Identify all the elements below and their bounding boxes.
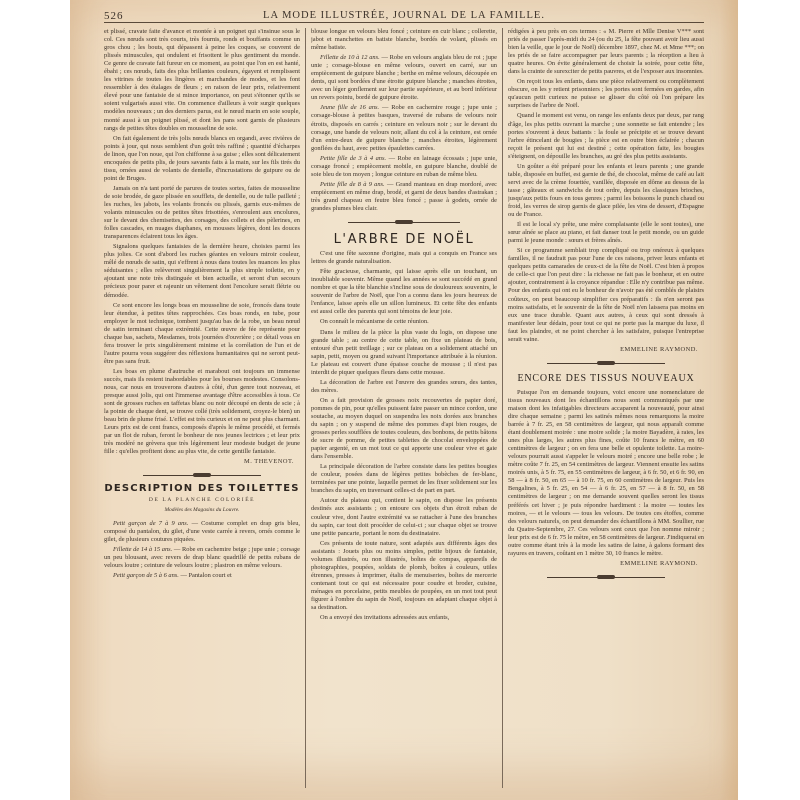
section-title-tissus: ENCORE DES TISSUS NOUVEAUX	[508, 375, 704, 383]
toilette-item: Fillette de 10 à 12 ans. — Robe en velou…	[311, 54, 497, 102]
signature-raymond-2: EMMELINE RAYMOND.	[508, 560, 698, 568]
paragraph: On reçoit tous les enfants, dans une piè…	[508, 78, 704, 110]
article-fashion-text: et plissé, cravate faite d'avance et mon…	[104, 28, 300, 456]
item-lead: Fillette de 14 à 15 ans.	[113, 546, 172, 553]
paragraph: et plissé, cravate faite d'avance et mon…	[104, 28, 300, 133]
column-divider	[305, 28, 306, 788]
item-lead: Fillette de 10 à 12 ans.	[320, 54, 380, 61]
signature-thevenot: M. THEVENOT.	[104, 458, 294, 466]
toilette-item: Petit garçon de 5 à 6 ans. — Pantalon co…	[104, 572, 300, 580]
paragraph: La décoration de l'arbre est l'œuvre des…	[311, 379, 497, 395]
section-subtitle: DE LA PLANCHE COLORIÉE	[104, 496, 300, 504]
paragraph: Ce sont encore les longs boas en moussel…	[104, 302, 300, 366]
paragraph: Si ce programme semblait trop compliqué …	[508, 247, 704, 344]
paragraph: blouse longue en velours bleu foncé ; ce…	[311, 28, 497, 52]
paragraph: Quand le moment est venu, on range les e…	[508, 112, 704, 160]
section-title-toilettes: DESCRIPTION DES TOILETTES	[104, 485, 300, 493]
ornament-divider	[547, 573, 665, 581]
paragraph: On connaît le mécanisme de cette réunion…	[311, 318, 497, 326]
paragraph: On a fait provision de grosses noix reco…	[311, 397, 497, 461]
paragraph: On fait également de très jolis nœuds bl…	[104, 135, 300, 183]
header-rule	[104, 22, 704, 23]
running-title: LA MODE ILLUSTRÉE, JOURNAL DE LA FAMILLE…	[104, 10, 704, 21]
paragraph: Les boas en plume d'autruche et marabout…	[104, 368, 300, 457]
item-lead: Petite fille de 3 à 4 ans.	[320, 155, 386, 162]
toilette-item: Petite fille de 3 à 4 ans. — Robe en lai…	[311, 155, 497, 179]
item-lead: Petite fille de 8 à 9 ans.	[320, 181, 385, 188]
paragraph: Autour du plateau qui, contient le sapin…	[311, 497, 497, 537]
signature-raymond: EMMELINE RAYMOND.	[508, 346, 698, 354]
paragraph: Un goûter a été préparé pour les enfants…	[508, 163, 704, 219]
column-left: et plissé, cravate faite d'avance et mon…	[104, 28, 300, 788]
paragraph: Il est le local s'y prête, une mère comp…	[508, 221, 704, 245]
toilette-item: Petite fille de 8 à 9 ans. — Grand mante…	[311, 181, 497, 213]
ornament-divider	[547, 359, 665, 367]
toilette-item: Jeune fille de 16 ans. — Robe en cachemi…	[311, 104, 497, 152]
paragraph: Fête gracieuse, charmante, qui laisse ap…	[311, 268, 497, 316]
paragraph: Ces présents de toute nature, sont adapt…	[311, 540, 497, 612]
article-arbre-continued: rédigées à peu près en ces termes : « M.…	[508, 28, 704, 344]
item-lead: Petit garçon de 5 à 6 ans.	[113, 572, 179, 579]
column-divider	[502, 28, 503, 788]
section-title-arbre: L'ARBRE DE NOËL	[311, 236, 497, 244]
paragraph: La principale décoration de l'arbre cons…	[311, 463, 497, 495]
article-tissus-text: Puisque l'on en demande toujours, voici …	[508, 389, 704, 558]
paragraph: Signalons quelques fantaisies de la dern…	[104, 243, 300, 299]
ornament-divider	[348, 218, 460, 226]
paragraph: Dans le milieu de la pièce la plus vaste…	[311, 329, 497, 377]
toilette-item: Petit garçon de 7 à 9 ans. — Costume com…	[104, 520, 300, 544]
paragraph: rédigées à peu près en ces termes : « M.…	[508, 28, 704, 76]
paragraph: Jamais on n'a tant porté de parures de t…	[104, 185, 300, 241]
item-lead: Petit garçon de 7 à 9 ans.	[113, 520, 188, 527]
column-middle: blouse longue en velours bleu foncé ; ce…	[311, 28, 497, 788]
ornament-divider	[143, 471, 261, 479]
toilettes-list: Petit garçon de 7 à 9 ans. — Costume com…	[104, 520, 300, 580]
column-right: rédigées à peu près en ces termes : « M.…	[508, 28, 704, 788]
article-arbre-text: C'est une fête saxonne d'origine, mais q…	[311, 250, 497, 622]
section-note: Modèles des Magasins du Louvre.	[104, 506, 300, 514]
item-lead: Jeune fille de 16 ans.	[320, 104, 379, 111]
toilettes-list-continued: Fillette de 10 à 12 ans. — Robe en velou…	[311, 54, 497, 213]
paragraph: On a envoyé des invitations adressées au…	[311, 614, 497, 622]
page-header: 526 LA MODE ILLUSTRÉE, JOURNAL DE LA FAM…	[104, 8, 704, 28]
paragraph: Puisque l'on en demande toujours, voici …	[508, 389, 704, 558]
paragraph: C'est une fête saxonne d'origine, mais q…	[311, 250, 497, 266]
toilette-item: Fillette de 14 à 15 ans. — Robe en cache…	[104, 546, 300, 570]
